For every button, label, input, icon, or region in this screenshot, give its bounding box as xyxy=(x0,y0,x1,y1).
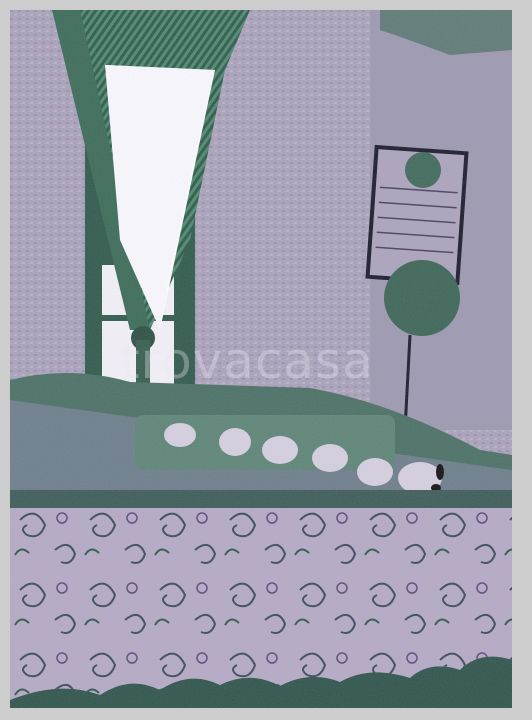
room-photo: trovacasa xyxy=(10,10,512,708)
room-scene xyxy=(10,10,512,708)
